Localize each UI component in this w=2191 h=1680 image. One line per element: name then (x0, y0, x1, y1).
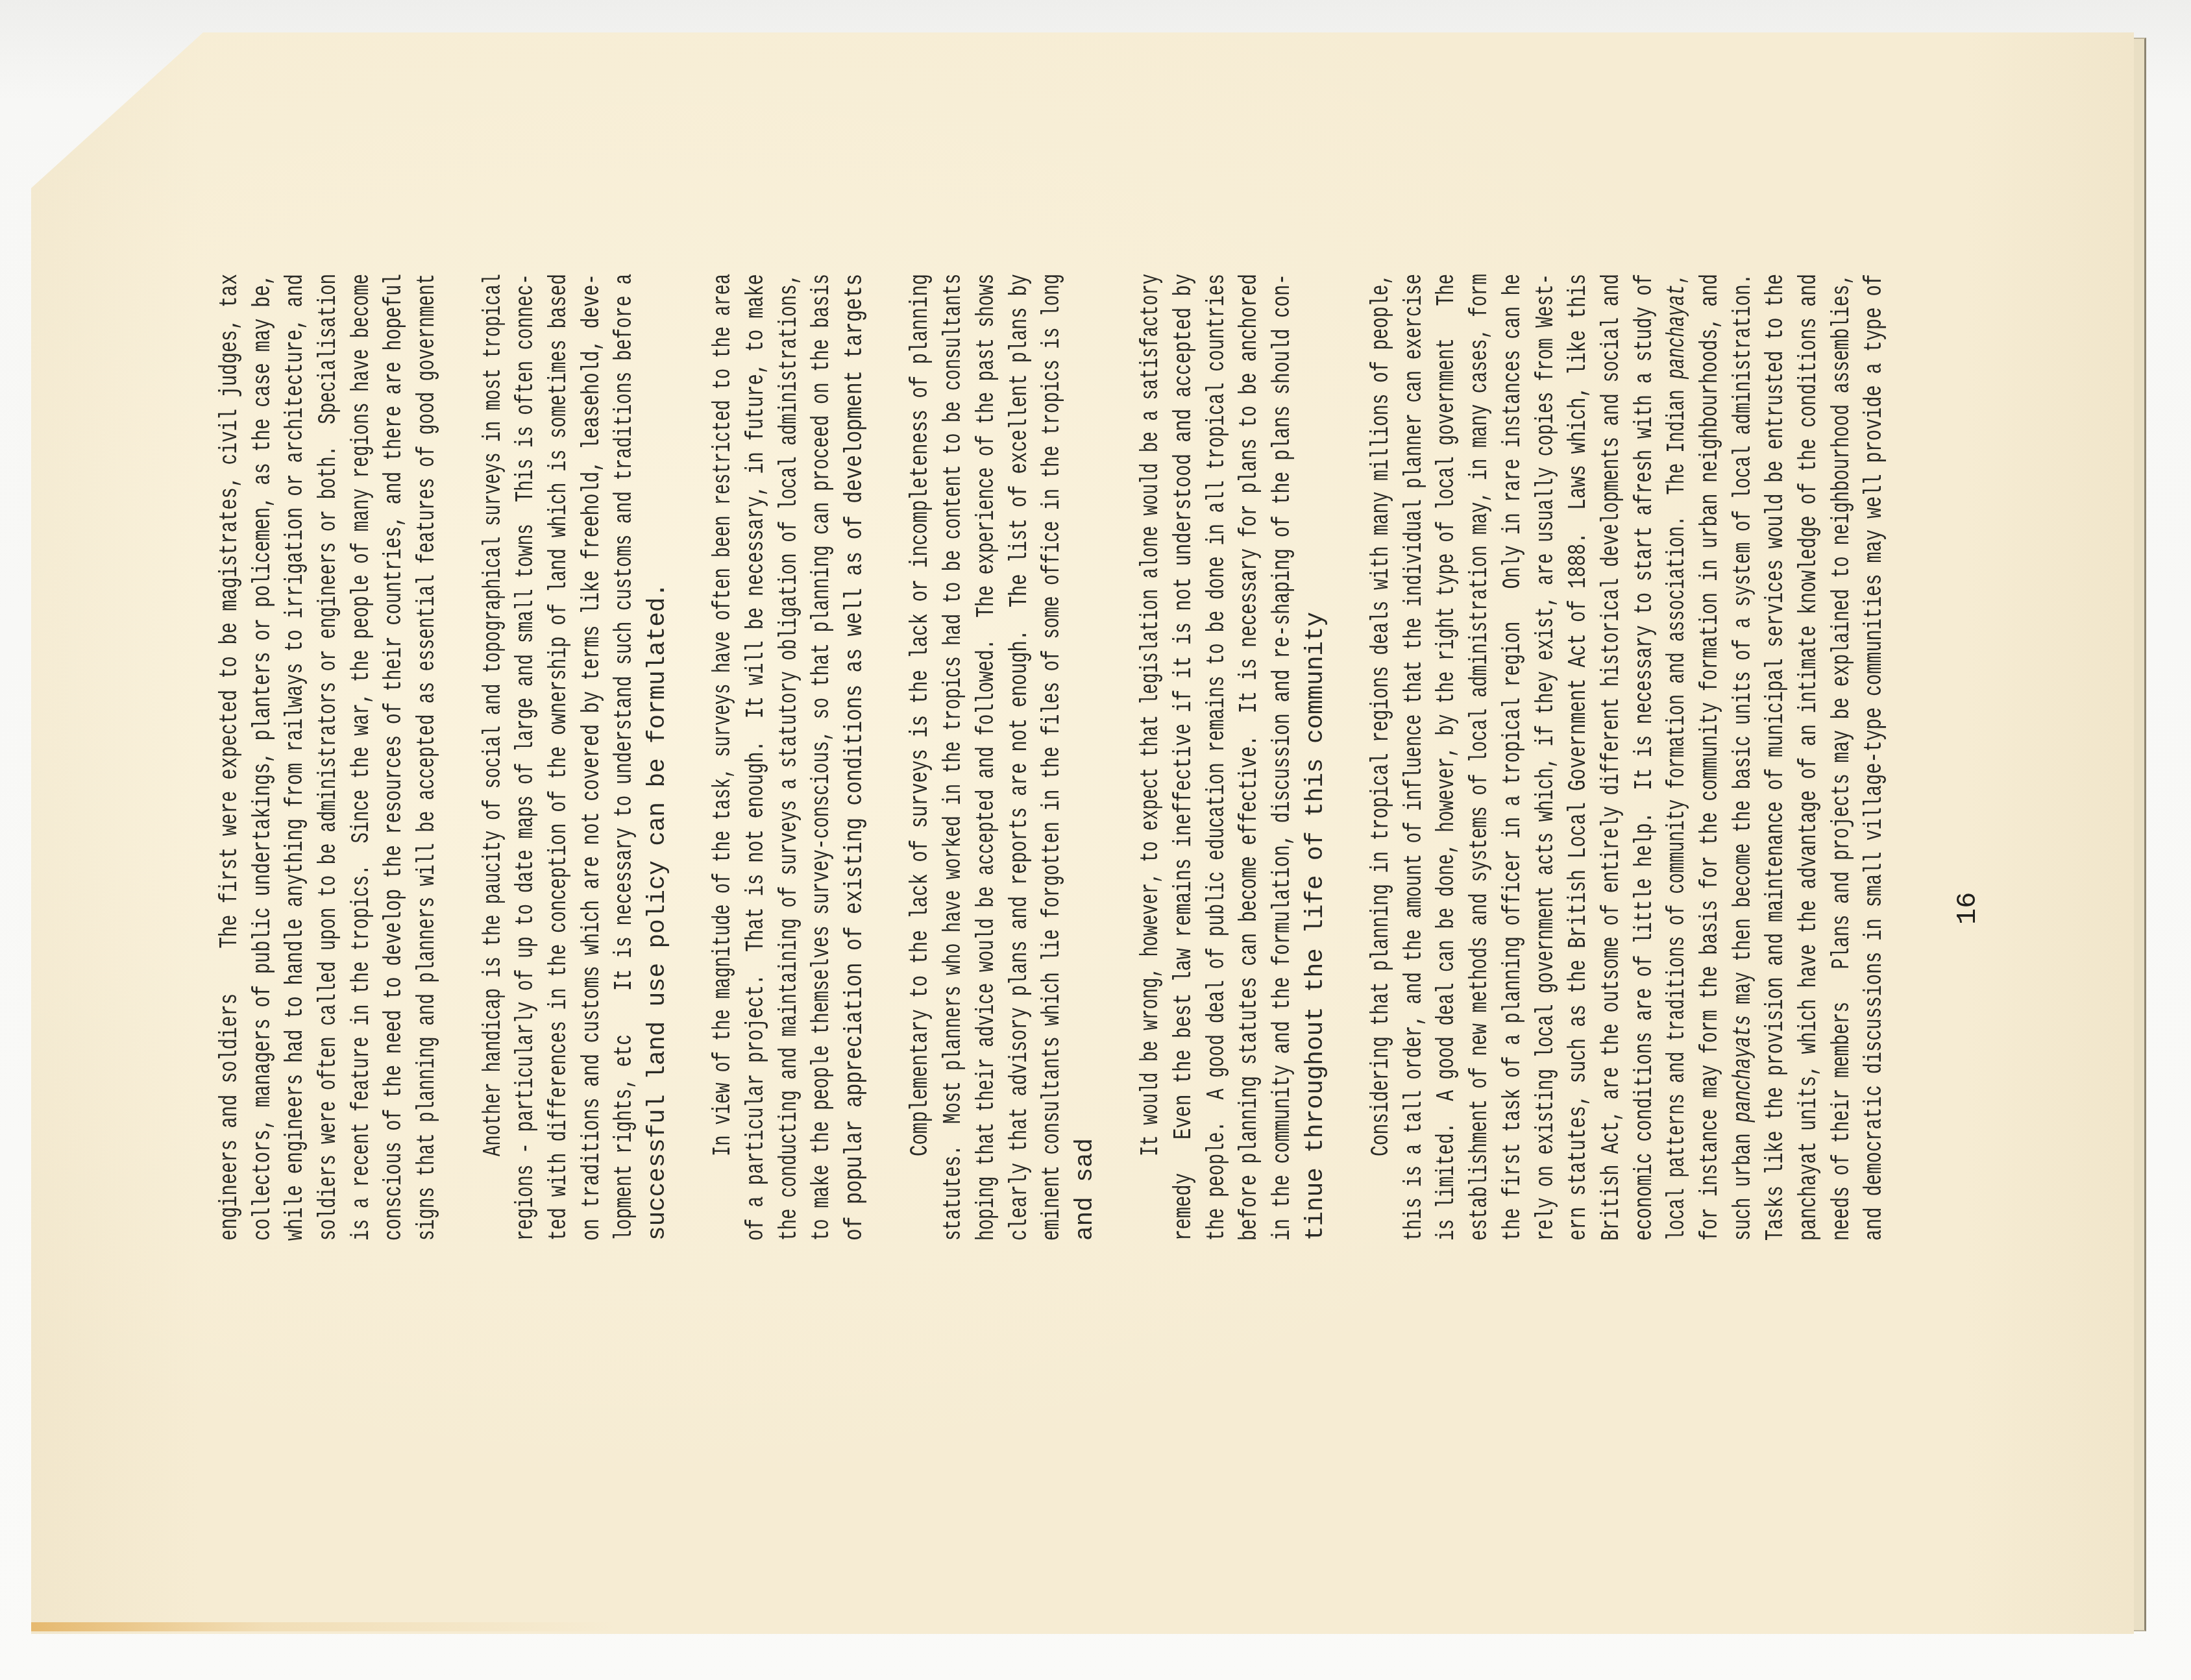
text-line: hoping that their advice would be accept… (971, 530, 1004, 1241)
text-line: tinue throughout the life of this commun… (1300, 274, 1333, 1241)
paragraph: Another handicap is the paucity of socia… (478, 271, 675, 1241)
paragraph: Complementary to the lack of surveys is … (905, 271, 1102, 1241)
text-line: Considering that planning in tropical re… (1365, 498, 1399, 1156)
text-line: of a particular project. That is not eno… (741, 506, 774, 1241)
text-line: In view of the magnitude of the task, su… (707, 522, 741, 1156)
text-line: clearly that advisory plans and reports … (1004, 506, 1037, 1241)
text-line: panchayat units, which have the advantag… (1793, 514, 1826, 1241)
paragraph: Considering that planning in tropical re… (1365, 271, 1892, 1241)
text-line: is a recent feature in the tropics. Sinc… (346, 530, 379, 1241)
text-line: ern statutes, such as the British Local … (1563, 497, 1596, 1241)
text-line: successful land use policy can be formul… (642, 274, 675, 1241)
paragraph-gap (872, 271, 905, 1241)
text-line: eminent consultants which lie forgotten … (1036, 530, 1070, 1241)
page-stain (31, 1622, 615, 1631)
text-line: British Act, are the outsome of entirely… (1596, 522, 1629, 1241)
text-line: remedy Even the best law remains ineffec… (1168, 497, 1201, 1241)
text-line: rely on existing local government acts w… (1530, 530, 1563, 1241)
text-line: It would be wrong, however, to expect th… (1135, 522, 1168, 1156)
text-line: and sad (1070, 274, 1103, 1241)
paragraph-gap (675, 271, 708, 1241)
text-line: signs that planning and planners will be… (411, 530, 445, 1241)
text-line: regions - particularly of up to date map… (510, 522, 543, 1241)
text-line: the conducting and maintaining of survey… (774, 530, 807, 1241)
text-line: and democratic discussions in small vill… (1859, 506, 1892, 1241)
paragraph: engineers and soldiers The first were ex… (214, 271, 445, 1241)
text-line: conscious of the need to develop the res… (378, 514, 411, 1241)
text-line: before planning statutes can become effe… (1234, 514, 1267, 1241)
text-line: while engineers had to handle anything f… (280, 506, 313, 1241)
text-line: collectors, managers of public undertaki… (247, 506, 280, 1241)
text-line: of popular appreciation of existing cond… (839, 441, 872, 1241)
paragraph-gap (1103, 271, 1136, 1241)
text-line: lopment rights, etc It is necessary to u… (609, 522, 642, 1241)
text-line: the people. A good deal of public educat… (1201, 522, 1234, 1241)
text-line: on traditions and customs which are not … (576, 514, 609, 1241)
text-line: Complementary to the lack of surveys is … (905, 473, 938, 1156)
text-line: the first task of a planning officer in … (1497, 522, 1530, 1241)
text-line: ted with differences in the conception o… (543, 514, 576, 1241)
page-number: 16 (1955, 892, 1981, 925)
text-line: local patterns and traditions of communi… (1661, 546, 1695, 1241)
text-line: to make the people themselves survey-con… (806, 522, 839, 1241)
paragraph: It would be wrong, however, to expect th… (1135, 271, 1332, 1241)
text-line: soldiers were often called upon to be ad… (313, 530, 346, 1241)
paragraph: In view of the magnitude of the task, su… (707, 271, 872, 1241)
document-body-text: engineers and soldiers The first were ex… (214, 271, 1892, 1241)
text-line: Another handicap is the paucity of socia… (478, 522, 511, 1156)
text-line: statutes. Most planners who have worked … (938, 538, 971, 1241)
text-line: needs of their members Plans and project… (1826, 522, 1859, 1241)
text-line: for instance may form the basis for the … (1695, 514, 1728, 1241)
paragraph-gap (445, 271, 478, 1241)
text-line: in the community and the formulation, di… (1267, 514, 1300, 1241)
paragraph-gap (1332, 271, 1365, 1241)
text-line: engineers and soldiers The first were ex… (214, 497, 247, 1241)
text-line: economic conditions are of little help. … (1629, 514, 1662, 1241)
text-line: is limited. A good deal can be done, how… (1431, 530, 1464, 1241)
text-line: such urban panchayats may then become th… (1728, 530, 1761, 1241)
text-line: establishment of new methods and systems… (1464, 522, 1497, 1241)
text-line: this is a tall order, and the amount of … (1399, 530, 1432, 1241)
text-line: Tasks like the provision and maintenance… (1760, 514, 1793, 1241)
